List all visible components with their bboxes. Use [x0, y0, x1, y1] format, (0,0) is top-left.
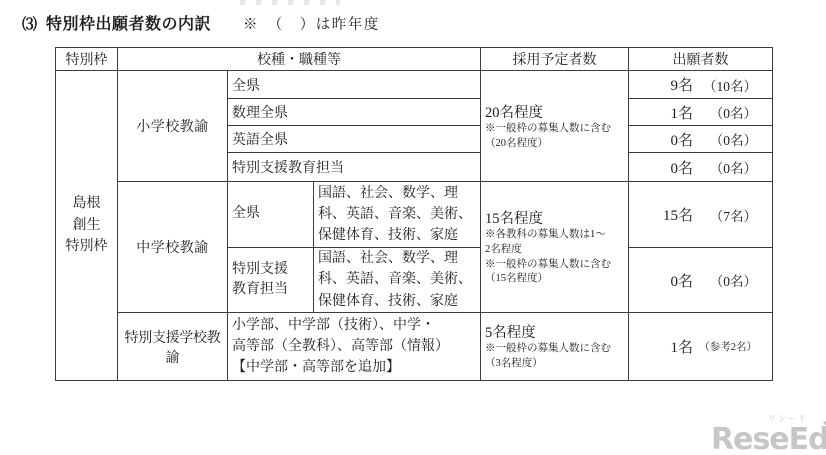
- junior-label-cell: 中学校教諭: [118, 182, 228, 313]
- document-page: ⑶ 特別枠出願者数の内訳 ※ （ ）は昨年度 特別枠 校種・職種等 採用予定者数…: [0, 0, 826, 455]
- special-school-description-cell: 小学部、中学部（技術）、中学・ 高等部（全教科）、高等部（情報） 【中学部・高等…: [228, 313, 481, 381]
- junior-quota-cell: 15名程度 ※各教科の募集人数は1～ 2名程度 ※一般枠の募集人数に含む （15…: [481, 182, 629, 313]
- frame-label-cell: 島根 創生 特別枠: [56, 71, 118, 381]
- applicant-count-previous: （0名）: [693, 102, 768, 122]
- reseed-logo: ReseEd: [711, 425, 826, 455]
- applicants-table: 特別枠 校種・職種等 採用予定者数 出願者数 島根 創生 特別枠 小学校教諭 全…: [55, 47, 773, 381]
- quota-main: 15名程度: [485, 207, 624, 228]
- applicants-cell: 1名 （0名）: [629, 99, 773, 126]
- junior-area-cell: 特別支援 教育担当: [228, 248, 314, 313]
- table-row: 特別支援学校教諭 小学部、中学部（技術）、中学・ 高等部（全教科）、高等部（情報…: [56, 313, 773, 381]
- applicant-count-previous: （0名）: [693, 270, 768, 290]
- clipped-text-fragment: [240, 0, 340, 5]
- applicant-count: 0名: [633, 270, 693, 291]
- legend-note: ※ （ ）は昨年度: [243, 13, 380, 34]
- applicant-count: 1名: [633, 336, 693, 357]
- section-number: ⑶: [22, 13, 37, 34]
- applicants-cell: 0名 （0名）: [629, 153, 773, 182]
- quota-main: 5名程度: [485, 321, 624, 342]
- elementary-quota-cell: 20名程度 ※一般枠の募集人数に含む （20名程度）: [481, 71, 629, 182]
- quota-note: ※各教科の募集人数は1～ 2名程度 ※一般枠の募集人数に含む （15名程度）: [485, 228, 624, 287]
- quota-note: ※一般枠の募集人数に含む （20名程度）: [485, 122, 624, 151]
- elementary-item-cell: 全県: [228, 71, 481, 99]
- header-row: 特別枠 校種・職種等 採用予定者数 出願者数: [56, 48, 773, 71]
- table-row: 中学校教諭 全県 国語、社会、数学、理 科、英語、音楽、美術、 保健体育、技術、…: [56, 182, 773, 248]
- header-school-type: 校種・職種等: [118, 48, 481, 71]
- applicant-count-previous: （10名）: [693, 75, 768, 95]
- junior-area-cell: 全県: [228, 182, 314, 248]
- applicant-count: 1名: [633, 102, 693, 123]
- applicants-cell: 9名 （10名）: [629, 71, 773, 99]
- applicant-count-previous: （7名）: [693, 205, 768, 225]
- header-applicants: 出願者数: [629, 48, 773, 71]
- quota-main: 20名程度: [485, 101, 624, 122]
- applicant-count: 15名: [633, 204, 693, 225]
- junior-subjects-cell: 国語、社会、数学、理 科、英語、音楽、美術、 保健体育、技術、家庭: [314, 182, 481, 248]
- reseed-logo-text: ReseEd: [711, 422, 826, 455]
- applicant-count-previous: （参考2名）: [693, 339, 768, 354]
- special-school-label-cell: 特別支援学校教諭: [118, 313, 228, 381]
- applicant-count: 9名: [633, 74, 693, 95]
- section-heading: 特別枠出願者数の内訳: [46, 11, 211, 34]
- elementary-item-cell: 数理全県: [228, 99, 481, 126]
- applicants-cell: 15名 （7名）: [629, 182, 773, 248]
- reseed-watermark: リシード ReseEd: [711, 415, 826, 455]
- section-title: ⑶ 特別枠出願者数の内訳 ※ （ ）は昨年度: [22, 11, 380, 34]
- special-quota-cell: 5名程度 ※一般枠の募集人数に含む （3名程度）: [481, 313, 629, 381]
- applicant-count-previous: （0名）: [693, 157, 768, 177]
- elementary-label-cell: 小学校教諭: [118, 71, 228, 182]
- header-planned-hires: 採用予定者数: [481, 48, 629, 71]
- applicants-cell: 0名 （0名）: [629, 248, 773, 313]
- applicant-count: 0名: [633, 157, 693, 178]
- table-row: 島根 創生 特別枠 小学校教諭 全県 20名程度 ※一般枠の募集人数に含む （2…: [56, 71, 773, 99]
- elementary-item-cell: 英語全県: [228, 126, 481, 153]
- applicant-count: 0名: [633, 129, 693, 150]
- quota-note: ※一般枠の募集人数に含む （3名程度）: [485, 342, 624, 371]
- applicants-cell: 1名 （参考2名）: [629, 313, 773, 381]
- junior-subjects-cell: 国語、社会、数学、理 科、英語、音楽、美術、 保健体育、技術、家庭: [314, 248, 481, 313]
- applicant-count-previous: （0名）: [693, 129, 768, 149]
- elementary-item-cell: 特別支援教育担当: [228, 153, 481, 182]
- header-special-frame: 特別枠: [56, 48, 118, 71]
- applicants-cell: 0名 （0名）: [629, 126, 773, 153]
